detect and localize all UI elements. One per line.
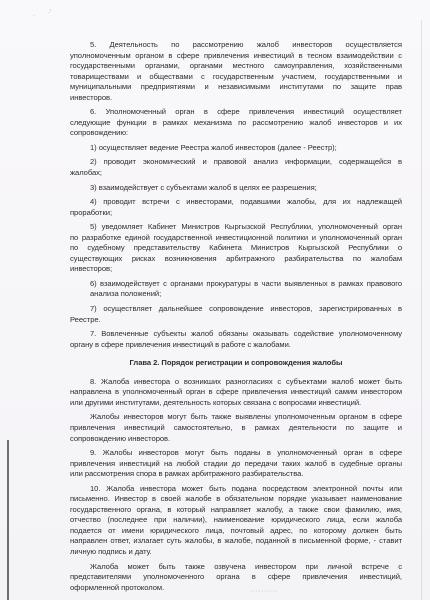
text-line: привлечения инвестиций на любой стадии д… — [70, 459, 402, 470]
text-line: сопровождению инвесторов. — [70, 434, 402, 445]
text-line: 5. Деятельность по рассмотрению жалоб ин… — [70, 40, 402, 51]
text-line: подается от имени юридического лица, поч… — [70, 526, 402, 537]
list-item-7: 7) осуществляет дальнейшее сопровождение… — [70, 304, 402, 325]
text-line: направлена в уполномоченный орган в сфер… — [70, 387, 402, 398]
list-item-3: 3) взаимодействует с субъектами жалоб в … — [70, 183, 402, 194]
scan-artifact: · — [33, 13, 35, 19]
text-line: 2) проводит экономический и правовой ана… — [70, 157, 402, 168]
list-item-5: 5) уведомляет Кабинет Министров Кыргызск… — [70, 222, 402, 275]
binding-edge-line — [7, 440, 9, 600]
text-line: жалобах; — [70, 168, 402, 179]
text-line: привлечения инвестиций самостоятельно, в… — [70, 423, 402, 434]
list-item-4: 4) проводит встречи с инвесторами, подав… — [70, 197, 402, 218]
text-line: 6) взаимодействует с органами прокуратур… — [70, 279, 402, 290]
chapter-heading: Глава 2. Порядок регистрации и сопровожд… — [70, 358, 402, 369]
text-line: по судебному представительству Кабинета … — [70, 243, 402, 254]
text-line: муниципальными предприятиями и независим… — [70, 82, 402, 93]
text-line: личную подпись и дату. — [70, 547, 402, 558]
paragraph-8: 8. Жалоба инвестора о возникших разногла… — [70, 377, 402, 409]
text-line: сопровождению: — [70, 128, 402, 139]
text-line: Реестре. — [70, 315, 402, 326]
page-edge-shadow — [421, 20, 422, 600]
scan-artifact: ·' — [48, 10, 51, 16]
list-item-6: 6) взаимодействует с органами прокуратур… — [70, 279, 402, 300]
text-line: письменно. Инвестор в своей жалобе в обя… — [70, 494, 402, 505]
text-line: или рассмотрения спора в рамках арбитраж… — [70, 469, 402, 480]
text-line: 4) проводит встречи с инвесторами, подав… — [70, 197, 402, 208]
list-item-1: 1) осуществляет ведение Реестра жалоб ин… — [70, 143, 402, 154]
text-line: государственного органа, в который напра… — [70, 505, 402, 516]
text-line: Жалобы инвесторов могут быть также выявл… — [70, 412, 402, 423]
text-line: уполномоченным органом в сфере привлечен… — [70, 51, 402, 62]
text-line: 6. Уполномоченный орган в сфере привлече… — [70, 107, 402, 118]
text-line: 5) уведомляет Кабинет Министров Кыргызск… — [70, 222, 402, 233]
paragraph-9: 9. Жалобы инвесторов могут быть поданы в… — [70, 448, 402, 480]
paragraph-10-continued: Жалоба может быть также озвучена инвесто… — [70, 562, 402, 594]
text-line: Жалоба может быть также озвучена инвесто… — [70, 562, 402, 573]
text-line: направлен ответ, излагает суть жалобы, в… — [70, 536, 402, 547]
text-line: государственными органами, органами мест… — [70, 61, 402, 72]
text-line: оформленной протоколом. — [70, 583, 402, 594]
text-line: 9. Жалобы инвесторов могут быть поданы в… — [70, 448, 402, 459]
text-line: 1) осуществляет ведение Реестра жалоб ин… — [70, 143, 402, 154]
paragraph-6: 6. Уполномоченный орган в сфере привлече… — [70, 107, 402, 139]
list-item-2: 2) проводит экономический и правовой ана… — [70, 157, 402, 178]
text-line: товариществами и обществами с государств… — [70, 72, 402, 83]
text-line: проработки; — [70, 208, 402, 219]
document-body: 5. Деятельность по рассмотрению жалоб ин… — [70, 40, 402, 593]
paragraph-10: 10. Жалоба инвестора может быть подана п… — [70, 484, 402, 558]
text-line: представителями уполномоченного органа в… — [70, 572, 402, 583]
text-line: или другими институтами, деятельность ко… — [70, 398, 402, 409]
text-line: 3) взаимодействует с субъектами жалоб в … — [70, 183, 402, 194]
text-line: органу в сфере привлечения инвестиций в … — [70, 340, 402, 351]
paragraph-7: 7. Вовлеченные субъекты жалоб обязаны ок… — [70, 329, 402, 350]
text-line: существующих рисках возникновения арбитр… — [70, 254, 402, 265]
paragraph-8-continued: Жалобы инвесторов могут быть также выявл… — [70, 412, 402, 444]
text-line: анализа положений; — [70, 289, 402, 300]
paragraph-5: 5. Деятельность по рассмотрению жалоб ин… — [70, 40, 402, 103]
text-line: 7) осуществляет дальнейшее сопровождение… — [70, 304, 402, 315]
text-line: 8. Жалоба инвестора о возникших разногла… — [70, 377, 402, 388]
text-line: следующие функции в рамках механизма по … — [70, 118, 402, 129]
text-line: отчество (последнее при наличии), наимен… — [70, 515, 402, 526]
text-line: 7. Вовлеченные субъекты жалоб обязаны ок… — [70, 329, 402, 340]
text-line: инвесторов. — [70, 93, 402, 104]
text-line: инвесторов; — [70, 264, 402, 275]
scanned-page: · ·' 5. Деятельность по рассмотрению жал… — [0, 0, 430, 600]
text-line: по разработке единой государственной инв… — [70, 233, 402, 244]
text-line: 10. Жалоба инвестора может быть подана п… — [70, 484, 402, 495]
faint-stamp: ·········· — [250, 588, 278, 595]
